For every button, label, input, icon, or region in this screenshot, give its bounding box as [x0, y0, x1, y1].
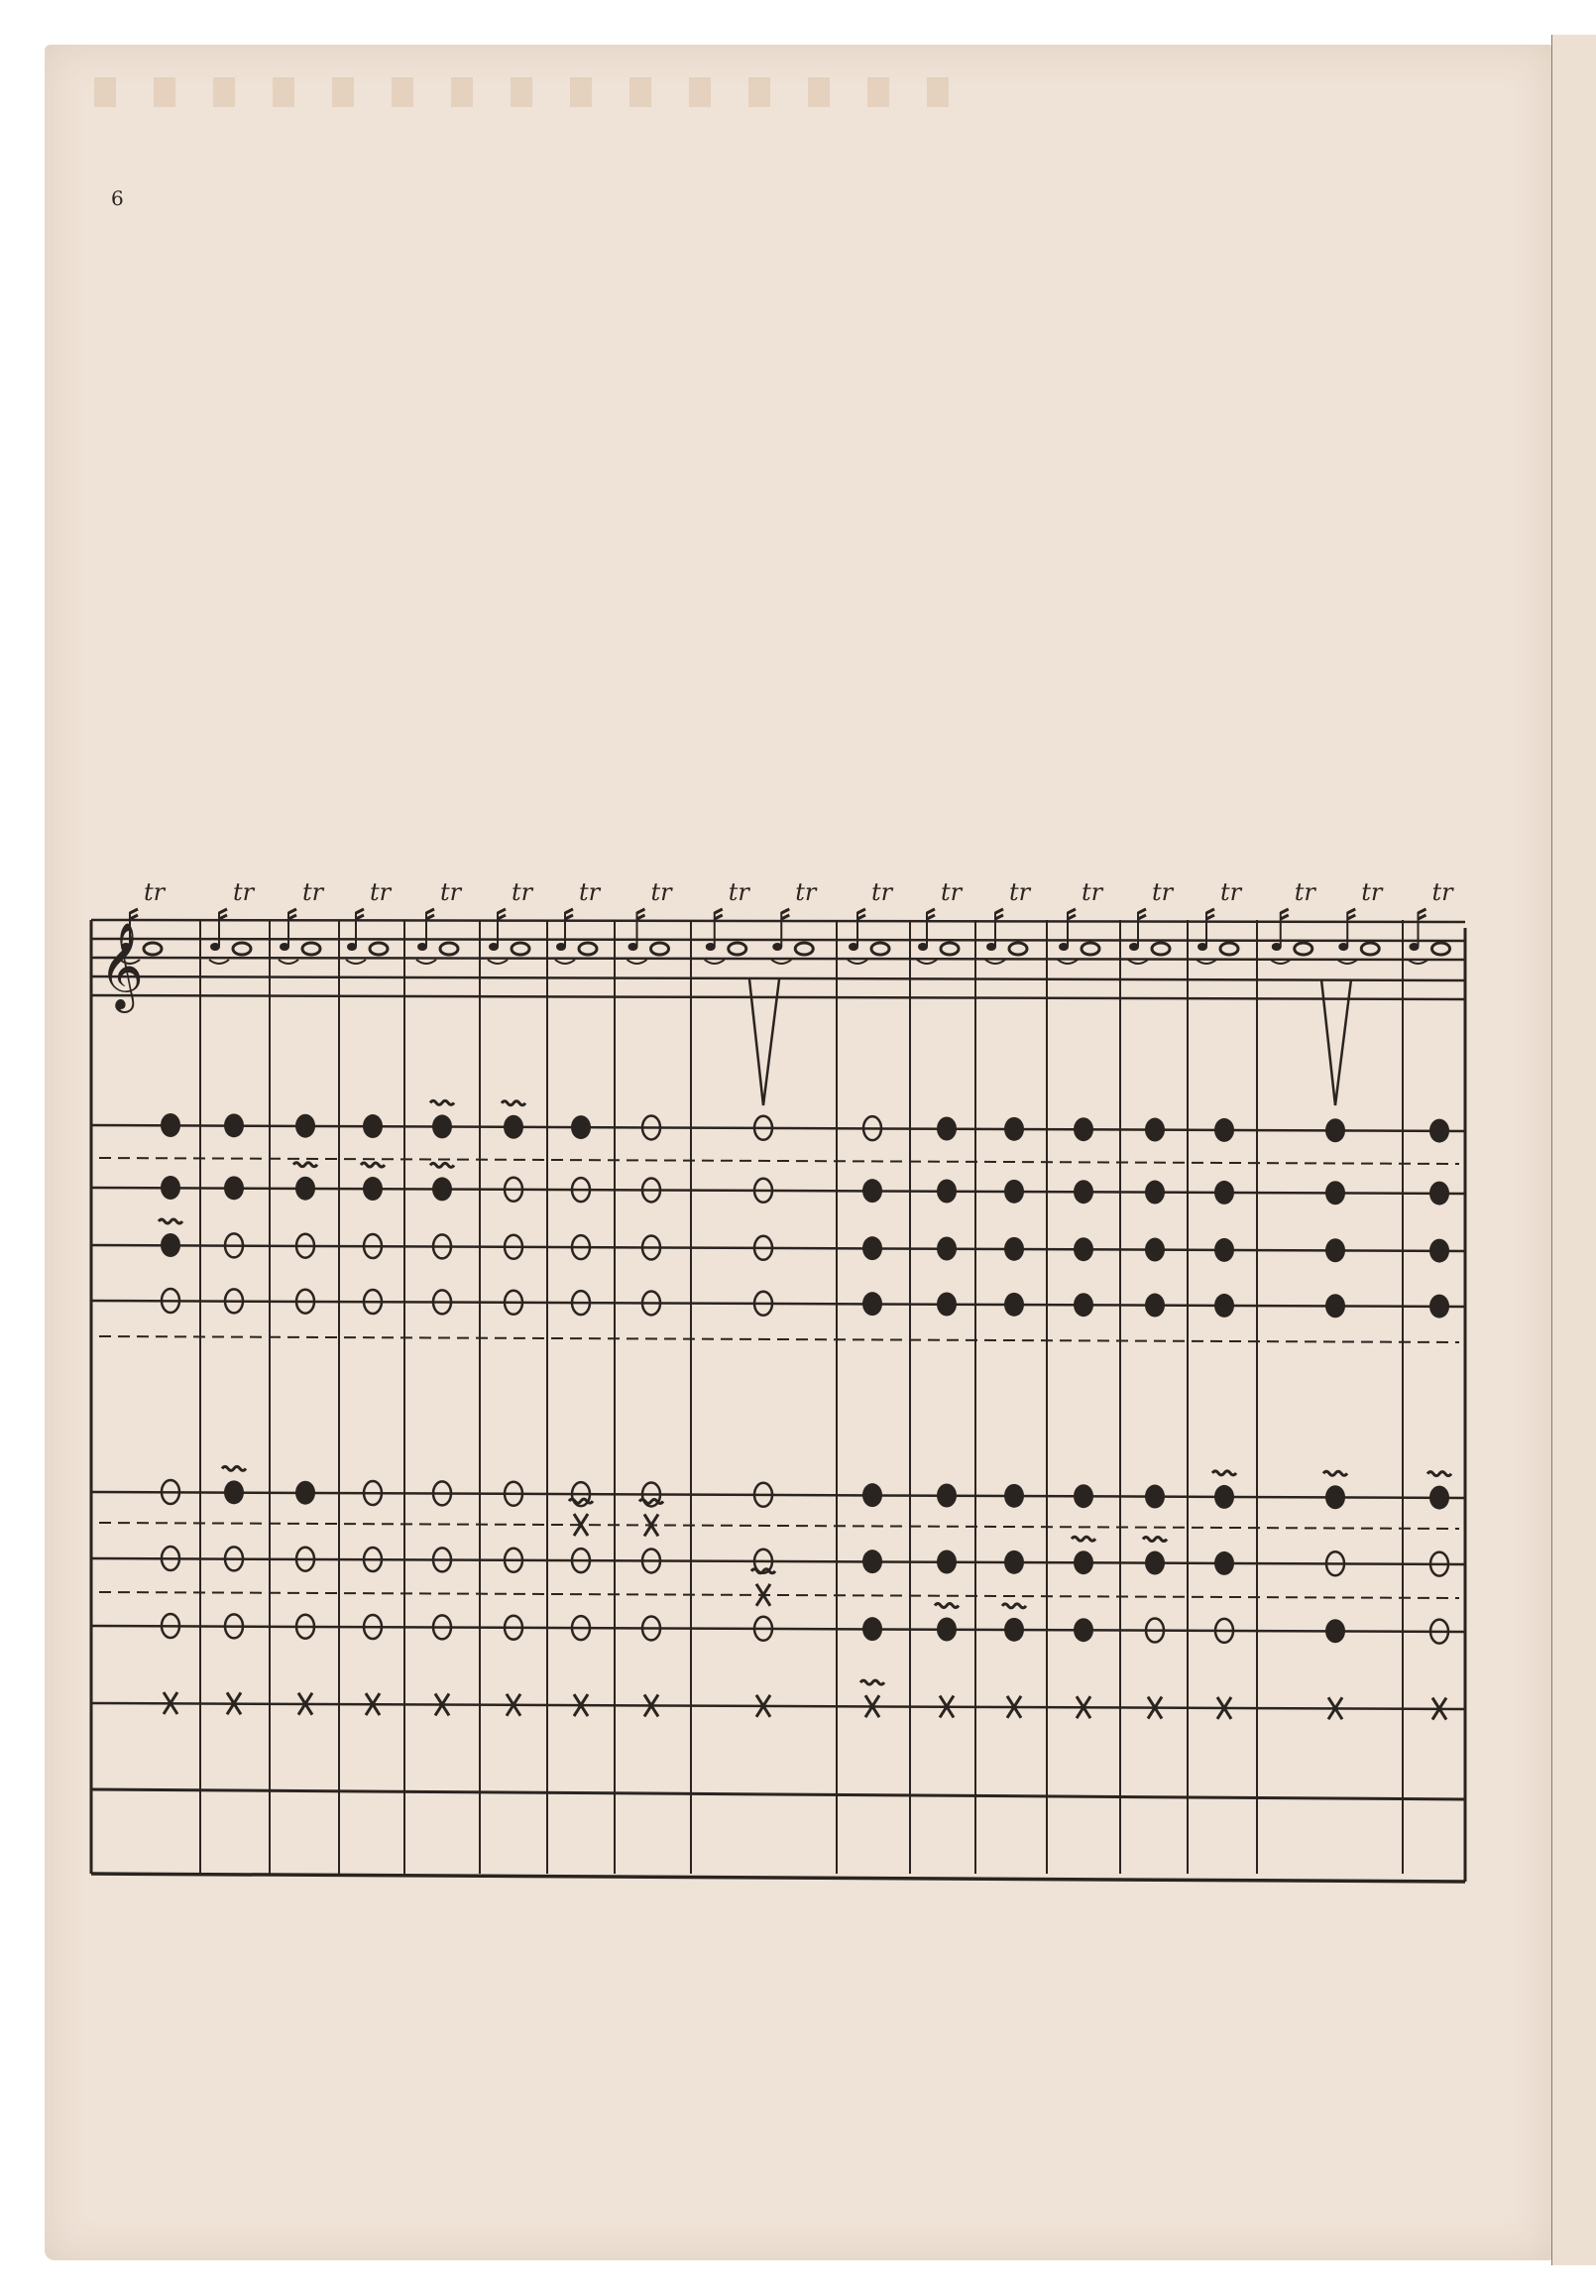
closed-hole-icon	[1145, 1238, 1165, 1262]
closed-hole-icon	[937, 1180, 957, 1204]
trill-mark-icon	[751, 1569, 775, 1573]
closed-hole-icon	[432, 1177, 452, 1201]
treble-clef-icon: 𝄞	[99, 921, 144, 1013]
closed-hole-icon	[937, 1237, 957, 1261]
trill-label: tr	[1152, 878, 1175, 906]
trill-label: tr	[871, 878, 894, 906]
closed-hole-icon	[1145, 1118, 1165, 1142]
closed-hole-icon	[224, 1176, 244, 1200]
closed-hole-icon	[1325, 1118, 1345, 1142]
closed-hole-icon	[1214, 1294, 1234, 1318]
closed-hole-icon	[432, 1114, 452, 1138]
trill-mark-icon	[361, 1163, 385, 1167]
closed-hole-icon	[1004, 1618, 1024, 1642]
closed-hole-icon	[1325, 1181, 1345, 1205]
trill-mark-icon	[1002, 1604, 1026, 1608]
closed-hole-icon	[1325, 1238, 1345, 1262]
trill-mark-icon	[1143, 1538, 1167, 1542]
closed-hole-icon	[161, 1176, 180, 1200]
closed-hole-icon	[862, 1179, 882, 1203]
closed-hole-icon	[862, 1483, 882, 1507]
closed-hole-icon	[862, 1550, 882, 1573]
trill-mark-icon	[293, 1163, 317, 1167]
trill-label: tr	[941, 878, 964, 906]
closed-hole-icon	[1429, 1182, 1449, 1205]
closed-hole-icon	[1004, 1117, 1024, 1141]
closed-hole-icon	[937, 1117, 957, 1141]
closed-hole-icon	[862, 1292, 882, 1316]
trill-label: tr	[440, 878, 463, 906]
trill-label: tr	[1220, 878, 1243, 906]
closed-hole-icon	[937, 1484, 957, 1508]
closed-hole-icon	[1145, 1485, 1165, 1509]
staff-line	[91, 939, 1465, 941]
closed-hole-icon	[1325, 1619, 1345, 1643]
dashed-guide-line	[99, 1158, 1459, 1164]
closed-hole-icon	[363, 1114, 383, 1138]
trill-mark-icon	[430, 1163, 454, 1167]
closed-hole-icon	[1429, 1119, 1449, 1143]
closed-hole-icon	[571, 1115, 591, 1139]
trill-mark-icon	[1427, 1472, 1451, 1476]
trill-label: tr	[512, 878, 534, 906]
trill-label: tr	[233, 878, 256, 906]
trill-mark-icon	[430, 1100, 454, 1104]
closed-hole-icon	[937, 1293, 957, 1317]
trill-label: tr	[651, 878, 674, 906]
closed-hole-icon	[1004, 1293, 1024, 1317]
trill-label: tr	[795, 878, 818, 906]
closed-hole-icon	[224, 1480, 244, 1504]
closed-hole-icon	[295, 1114, 315, 1138]
closed-hole-icon	[504, 1115, 523, 1139]
closed-hole-icon	[1145, 1551, 1165, 1575]
trill-label: tr	[1295, 878, 1317, 906]
trill-mark-icon	[159, 1219, 182, 1223]
closed-hole-icon	[1429, 1239, 1449, 1263]
closed-hole-icon	[1074, 1618, 1093, 1642]
staff-line	[91, 920, 1465, 922]
closed-hole-icon	[1214, 1551, 1234, 1575]
trill-label: tr	[1432, 878, 1455, 906]
closed-hole-icon	[1214, 1118, 1234, 1142]
closed-hole-icon	[862, 1236, 882, 1260]
closed-hole-icon	[1074, 1237, 1093, 1261]
closed-hole-icon	[1004, 1484, 1024, 1508]
closed-hole-icon	[1325, 1294, 1345, 1318]
fingering-line	[91, 1703, 1465, 1709]
closed-hole-icon	[1074, 1180, 1093, 1204]
closed-hole-icon	[1074, 1484, 1093, 1508]
closed-hole-icon	[1214, 1181, 1234, 1205]
closed-hole-icon	[1429, 1295, 1449, 1319]
closed-hole-icon	[1145, 1294, 1165, 1318]
closed-hole-icon	[1004, 1180, 1024, 1204]
trill-label: tr	[1361, 878, 1384, 906]
closed-hole-icon	[295, 1177, 315, 1201]
trill-label: tr	[302, 878, 325, 906]
chart-frame-bottom	[91, 1874, 1465, 1882]
closed-hole-icon	[363, 1177, 383, 1201]
trill-label: tr	[579, 878, 602, 906]
closed-hole-icon	[937, 1618, 957, 1642]
dashed-guide-line	[99, 1336, 1459, 1342]
dashed-guide-line	[99, 1523, 1459, 1529]
closed-hole-icon	[1325, 1485, 1345, 1509]
trill-label: tr	[370, 878, 393, 906]
closed-hole-icon	[1429, 1486, 1449, 1510]
closed-hole-icon	[161, 1113, 180, 1137]
closed-hole-icon	[937, 1550, 957, 1574]
closed-hole-icon	[1004, 1237, 1024, 1261]
trill-mark-icon	[935, 1604, 959, 1608]
closed-hole-icon	[1074, 1117, 1093, 1141]
trill-label: tr	[1009, 878, 1032, 906]
trill-label: tr	[144, 878, 167, 906]
closed-hole-icon	[1214, 1238, 1234, 1262]
closed-hole-icon	[161, 1233, 180, 1257]
closed-hole-icon	[1214, 1485, 1234, 1509]
fingering-chart: 𝄞trtrtrtrtrtrtrtrtrtrtrtrtrtrtrtrtrtrtr	[0, 0, 1596, 2296]
trill-mark-icon	[1072, 1537, 1095, 1541]
closed-hole-icon	[1145, 1181, 1165, 1205]
closed-hole-icon	[295, 1481, 315, 1505]
closed-hole-icon	[224, 1113, 244, 1137]
closed-hole-icon	[1004, 1550, 1024, 1574]
trill-mark-icon	[860, 1680, 884, 1684]
closed-hole-icon	[862, 1617, 882, 1641]
closed-hole-icon	[1074, 1550, 1093, 1574]
trill-label: tr	[1082, 878, 1104, 906]
chart-divider-line	[91, 1789, 1465, 1799]
closed-hole-icon	[1074, 1293, 1093, 1317]
trill-mark-icon	[1323, 1471, 1347, 1475]
trill-mark-icon	[222, 1466, 246, 1470]
dashed-guide-line	[99, 1592, 1459, 1598]
trill-mark-icon	[502, 1101, 525, 1105]
trill-mark-icon	[1212, 1471, 1236, 1475]
trill-label: tr	[729, 878, 751, 906]
